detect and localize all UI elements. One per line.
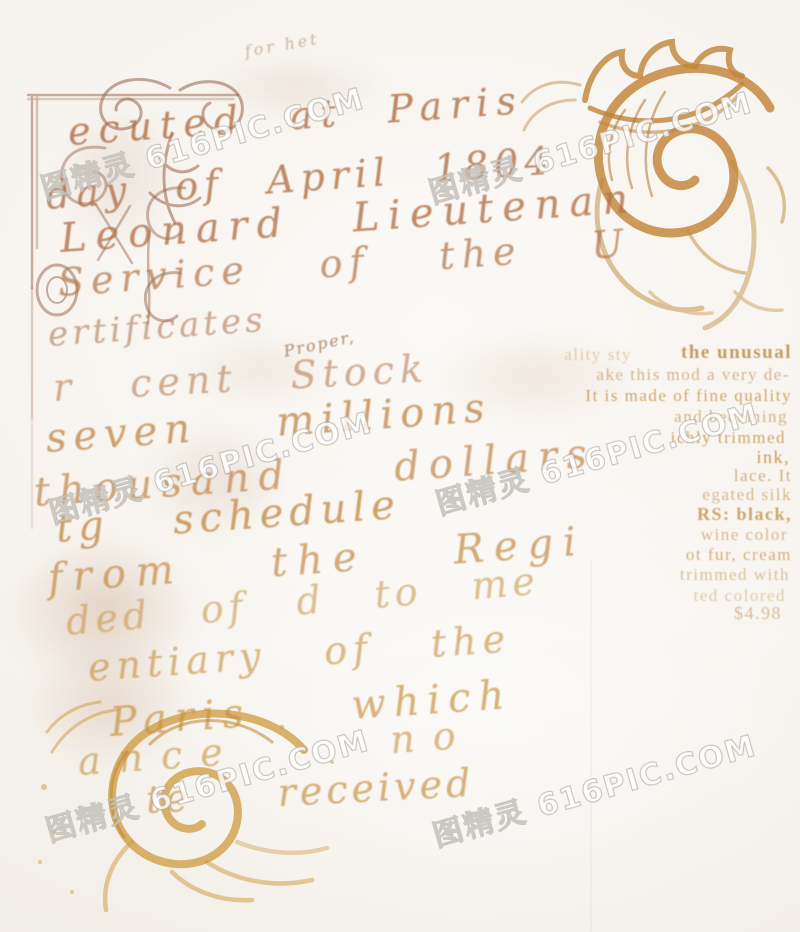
printed-line: ted colored (694, 587, 787, 604)
printed-line: ot fur, cream (686, 546, 792, 563)
printed-line: $4.98 (734, 604, 782, 622)
printed-line: RS: black, (697, 505, 792, 523)
printed-line: ality sty (564, 346, 632, 363)
printed-line: the unusual (681, 343, 792, 362)
printed-line: It is made of fine quality (585, 387, 792, 404)
printed-line: egated silk (702, 486, 792, 503)
paper-crease (590, 560, 592, 932)
printed-line: trimmed with (680, 566, 790, 583)
printed-line: lace. It (734, 467, 792, 484)
vintage-letter-document: for het ecuted at Paris day of April 180… (0, 0, 800, 932)
printed-line: ink, (756, 448, 790, 466)
watermark: 图精灵 616PIC.COM (430, 731, 760, 852)
printed-line: ake this mod a very de- (596, 366, 790, 383)
printed-line: wine color (701, 526, 788, 543)
